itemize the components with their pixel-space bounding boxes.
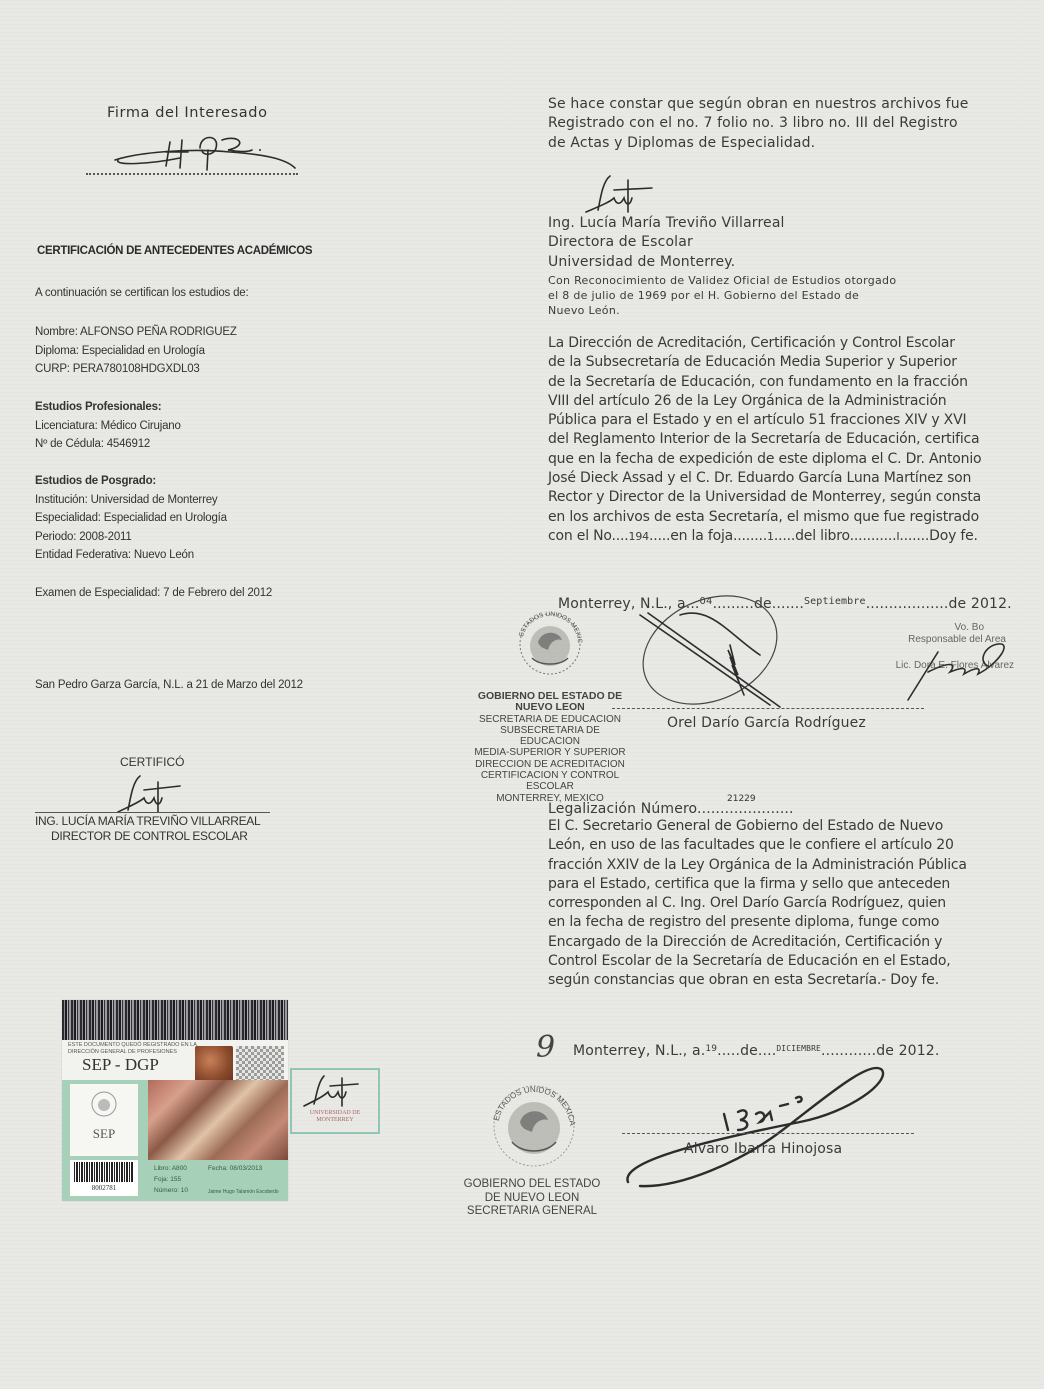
- sticker-official: Jaime Hugo Talamón Escobedo: [208, 1189, 279, 1195]
- signer-orel-name: Orel Darío García Rodríguez: [667, 714, 866, 733]
- barcode-number: 8002781: [70, 1184, 138, 1192]
- signature-trevino-icon: [110, 772, 190, 816]
- estudios-posgrado-title: Estudios de Posgrado:: [35, 472, 227, 491]
- certifico-signer-title: DIRECTOR DE CONTROL ESCOLAR: [35, 829, 275, 844]
- registro-line: con el No....194.....en la foja........1…: [548, 527, 998, 546]
- curp-field: CURP: PERA780108HDGXDL03: [35, 360, 237, 379]
- directora-block: Ing. Lucía María Treviño Villarreal Dire…: [548, 214, 785, 272]
- nombre-field: Nombre: ALFONSO PEÑA RODRIGUEZ: [35, 323, 237, 342]
- personal-data-block: Nombre: ALFONSO PEÑA RODRIGUEZ Diploma: …: [35, 323, 237, 379]
- sticker-barcode-icon: [62, 1000, 288, 1040]
- directora-title: Directora de Escolar: [548, 233, 785, 252]
- mural-image: [148, 1080, 288, 1160]
- signature-ibarra-icon: [620, 1062, 900, 1192]
- directora-name: Ing. Lucía María Treviño Villarreal: [548, 214, 785, 233]
- signature-interesado-icon: [110, 130, 300, 178]
- date2-month: DICIEMBRE: [776, 1044, 821, 1053]
- estudios-posgrado-block: Estudios de Posgrado: Institución: Unive…: [35, 472, 227, 565]
- sep-logo-card: SEP: [70, 1084, 138, 1156]
- especialidad-field: Especialidad: Especialidad en Urología: [35, 509, 227, 528]
- firma-interesado-label: Firma del Interesado: [107, 105, 268, 121]
- certifico-label: CERTIFICÓ: [120, 755, 184, 769]
- sticker-fecha: Fecha: 08/03/2013: [208, 1163, 262, 1174]
- signature-orel-icon: [620, 595, 820, 715]
- registro-paragraph: Se hace constar que según obran en nuest…: [548, 95, 969, 153]
- certifico-signature-line: [35, 812, 270, 813]
- seal-2-caption: GOBIERNO DEL ESTADO DE NUEVO LEON SECRET…: [460, 1178, 604, 1219]
- direccion-paragraph: La Dirección de Acreditación, Certificac…: [548, 334, 998, 546]
- signature-line-ibarra: [622, 1133, 914, 1134]
- qr-code-icon: [236, 1046, 284, 1080]
- cedula-field: Nº de Cédula: 4546912: [35, 435, 181, 454]
- estudios-profesionales-block: Estudios Profesionales: Licenciatura: Mé…: [35, 398, 181, 454]
- firma-interesado-line: [86, 173, 298, 175]
- um-stamp-text: UNIVERSIDAD DE MONTERREY: [296, 1110, 374, 1124]
- directora-institution: Universidad de Monterrey.: [548, 253, 785, 272]
- examen-especialidad: Examen de Especialidad: 7 de Febrero del…: [35, 584, 272, 603]
- signature-um-icon: [300, 1074, 360, 1108]
- margin-mark: 9: [536, 1030, 555, 1065]
- diploma-field: Diploma: Especialidad en Urología: [35, 342, 237, 361]
- registro-foja: 1: [767, 530, 774, 543]
- sep-label: SEP: [70, 1126, 138, 1142]
- mexican-coat-of-arms-seal-icon: ESTADOS UNIDOS MEXICANOS: [510, 604, 590, 684]
- sticker-foja: Foja: 155: [154, 1174, 188, 1185]
- secretaria-general-seal-icon: ESTADOS UNIDOS MEXICANOS: [486, 1078, 582, 1174]
- estudios-profesionales-title: Estudios Profesionales:: [35, 398, 181, 417]
- certifico-signer-name: ING. LUCÍA MARÍA TREVIÑO VILLARREAL: [35, 814, 275, 829]
- universidad-monterrey-stamp: UNIVERSIDAD DE MONTERREY: [290, 1068, 380, 1134]
- sticker-libro: Libro: A800: [154, 1163, 188, 1174]
- sticker-registered-text: ESTE DOCUMENTO QUEDÓ REGISTRADO EN LA DI…: [68, 1042, 197, 1056]
- entidad-field: Entidad Federativa: Nuevo León: [35, 546, 227, 565]
- sep-dgp-registration-sticker: ESTE DOCUMENTO QUEDÓ REGISTRADO EN LA DI…: [62, 1000, 288, 1201]
- sep-eagle-icon: [90, 1090, 118, 1118]
- legalizacion-numero: 21229: [727, 794, 756, 804]
- place-date-left: San Pedro Garza García, N.L. a 21 de Mar…: [35, 676, 303, 695]
- seal-1-caption: GOBIERNO DEL ESTADO DE NUEVO LEON SECRET…: [470, 691, 630, 804]
- date2-day: 19: [705, 1044, 717, 1054]
- signer-ibarra-name: Alvaro Ibarra Hinojosa: [684, 1140, 842, 1159]
- rvoe-paragraph: Con Reconocimiento de Validez Oficial de…: [548, 273, 896, 318]
- periodo-field: Periodo: 2008-2011: [35, 528, 227, 547]
- institucion-field: Institución: Universidad de Monterrey: [35, 491, 227, 510]
- sticker-barcode-small: 8002781: [70, 1160, 138, 1196]
- certification-heading: CERTIFICACIÓN DE ANTECEDENTES ACADÉMICOS: [37, 245, 312, 257]
- legalizacion-paragraph: El C. Secretario General de Gobierno del…: [548, 817, 998, 991]
- sticker-libro-foja-numero: Libro: A800 Foja: 155 Número: 10: [154, 1163, 188, 1196]
- date-line-2: Monterrey, N.L., a.19.....de....DICIEMBR…: [573, 1039, 939, 1061]
- licenciatura-field: Licenciatura: Médico Cirujano: [35, 417, 181, 436]
- certification-intro: A continuación se certifican los estudio…: [35, 284, 248, 303]
- sticker-numero: Número: 10: [154, 1185, 188, 1196]
- signature-vobo-icon: [898, 632, 1018, 702]
- signature-line-orel: [612, 708, 924, 709]
- certifico-signer: ING. LUCÍA MARÍA TREVIÑO VILLARREAL DIRE…: [35, 814, 275, 844]
- hologram-icon: [195, 1046, 233, 1082]
- signature-directora-icon: [580, 172, 660, 216]
- registro-numero: 194: [629, 530, 649, 543]
- barcode-small-icon: [74, 1162, 134, 1182]
- sticker-green-band: SEP 8002781 Libro: A800 Foja: 155 Número…: [62, 1080, 288, 1201]
- sticker-brand: SEP - DGP: [82, 1055, 159, 1075]
